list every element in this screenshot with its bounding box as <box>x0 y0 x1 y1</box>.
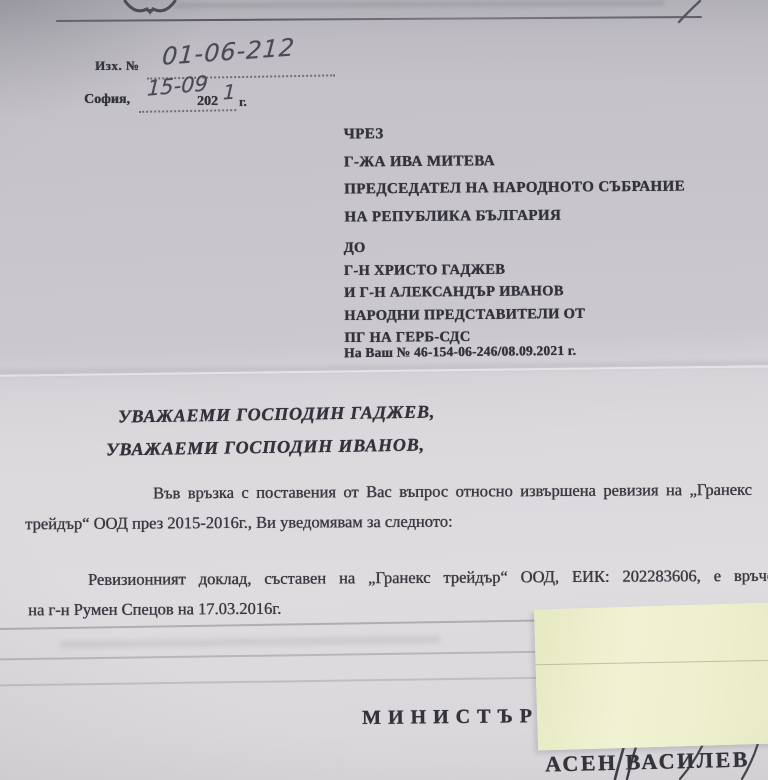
sticky-note-crease <box>536 660 768 666</box>
paragraph-1: Във връзка с поставения от Вас въпрос от… <box>25 475 752 539</box>
minister-name: АСЕН ВАСИЛЕВ <box>545 747 750 778</box>
to-role: НАРОДНИ ПРЕДСТАВИТЕЛИ ОТ <box>344 303 585 328</box>
to-person1: Г-Н ХРИСТО ГАДЖЕВ <box>344 258 585 283</box>
pen-slash-mark <box>674 0 704 26</box>
via-block: ЧРЕЗ Г-ЖА ИВА МИТЕВА ПРЕДСЕДАТЕЛ НА НАРО… <box>344 119 686 232</box>
year-printed: 202 <box>197 94 218 110</box>
salutation-gadzhev: УВАЖАЕМИ ГОСПОДИН ГАДЖЕВ, <box>118 402 435 428</box>
paragraph-2-line-1: Ревизионният доклад, съставен на „Гранек… <box>28 561 768 596</box>
date-suffix: г. <box>239 94 247 110</box>
to-person2: И Г-Н АЛЕКСАНДЪР ИВАНОВ <box>344 280 585 305</box>
city-label: София, <box>84 92 130 108</box>
to-block: ДО Г-Н ХРИСТО ГАДЖЕВ И Г-Н АЛЕКСАНДЪР ИВ… <box>344 235 586 350</box>
via-role: ПРЕДСЕДАТЕЛ НА НАРОДНОТО СЪБРАНИЕ <box>344 174 685 204</box>
your-ref-line: На Ваш № 46-154-06-246/08.09.2021 г. <box>344 343 576 361</box>
fold-crease <box>0 365 768 377</box>
paragraph-1-line-2: трейдър“ ООД през 2015-2016г., Ви уведом… <box>25 505 752 539</box>
salutation-ivanov: УВАЖАЕМИ ГОСПОДИН ИВАНОВ, <box>106 434 425 460</box>
to-heading: ДО <box>344 235 585 260</box>
via-heading: ЧРЕЗ <box>344 119 685 149</box>
via-role2: НА РЕПУБЛИКА БЪЛГАРИЯ <box>344 201 685 231</box>
ink-showthrough <box>60 635 440 648</box>
letter-photo: Изх. № 01-06-212 София, 15-09 202 1 г. Ч… <box>0 0 768 780</box>
year-handwritten: 1 <box>223 79 237 104</box>
paragraph-1-line-1: Във връзка с поставения от Вас въпрос от… <box>25 475 752 509</box>
via-person: Г-ЖА ИВА МИТЕВА <box>344 146 685 176</box>
ref-number-label: Изх. № <box>95 58 139 74</box>
letterhead-smudge <box>175 1 665 9</box>
sticky-note <box>534 602 768 750</box>
emblem-fragment-icon <box>122 0 182 17</box>
